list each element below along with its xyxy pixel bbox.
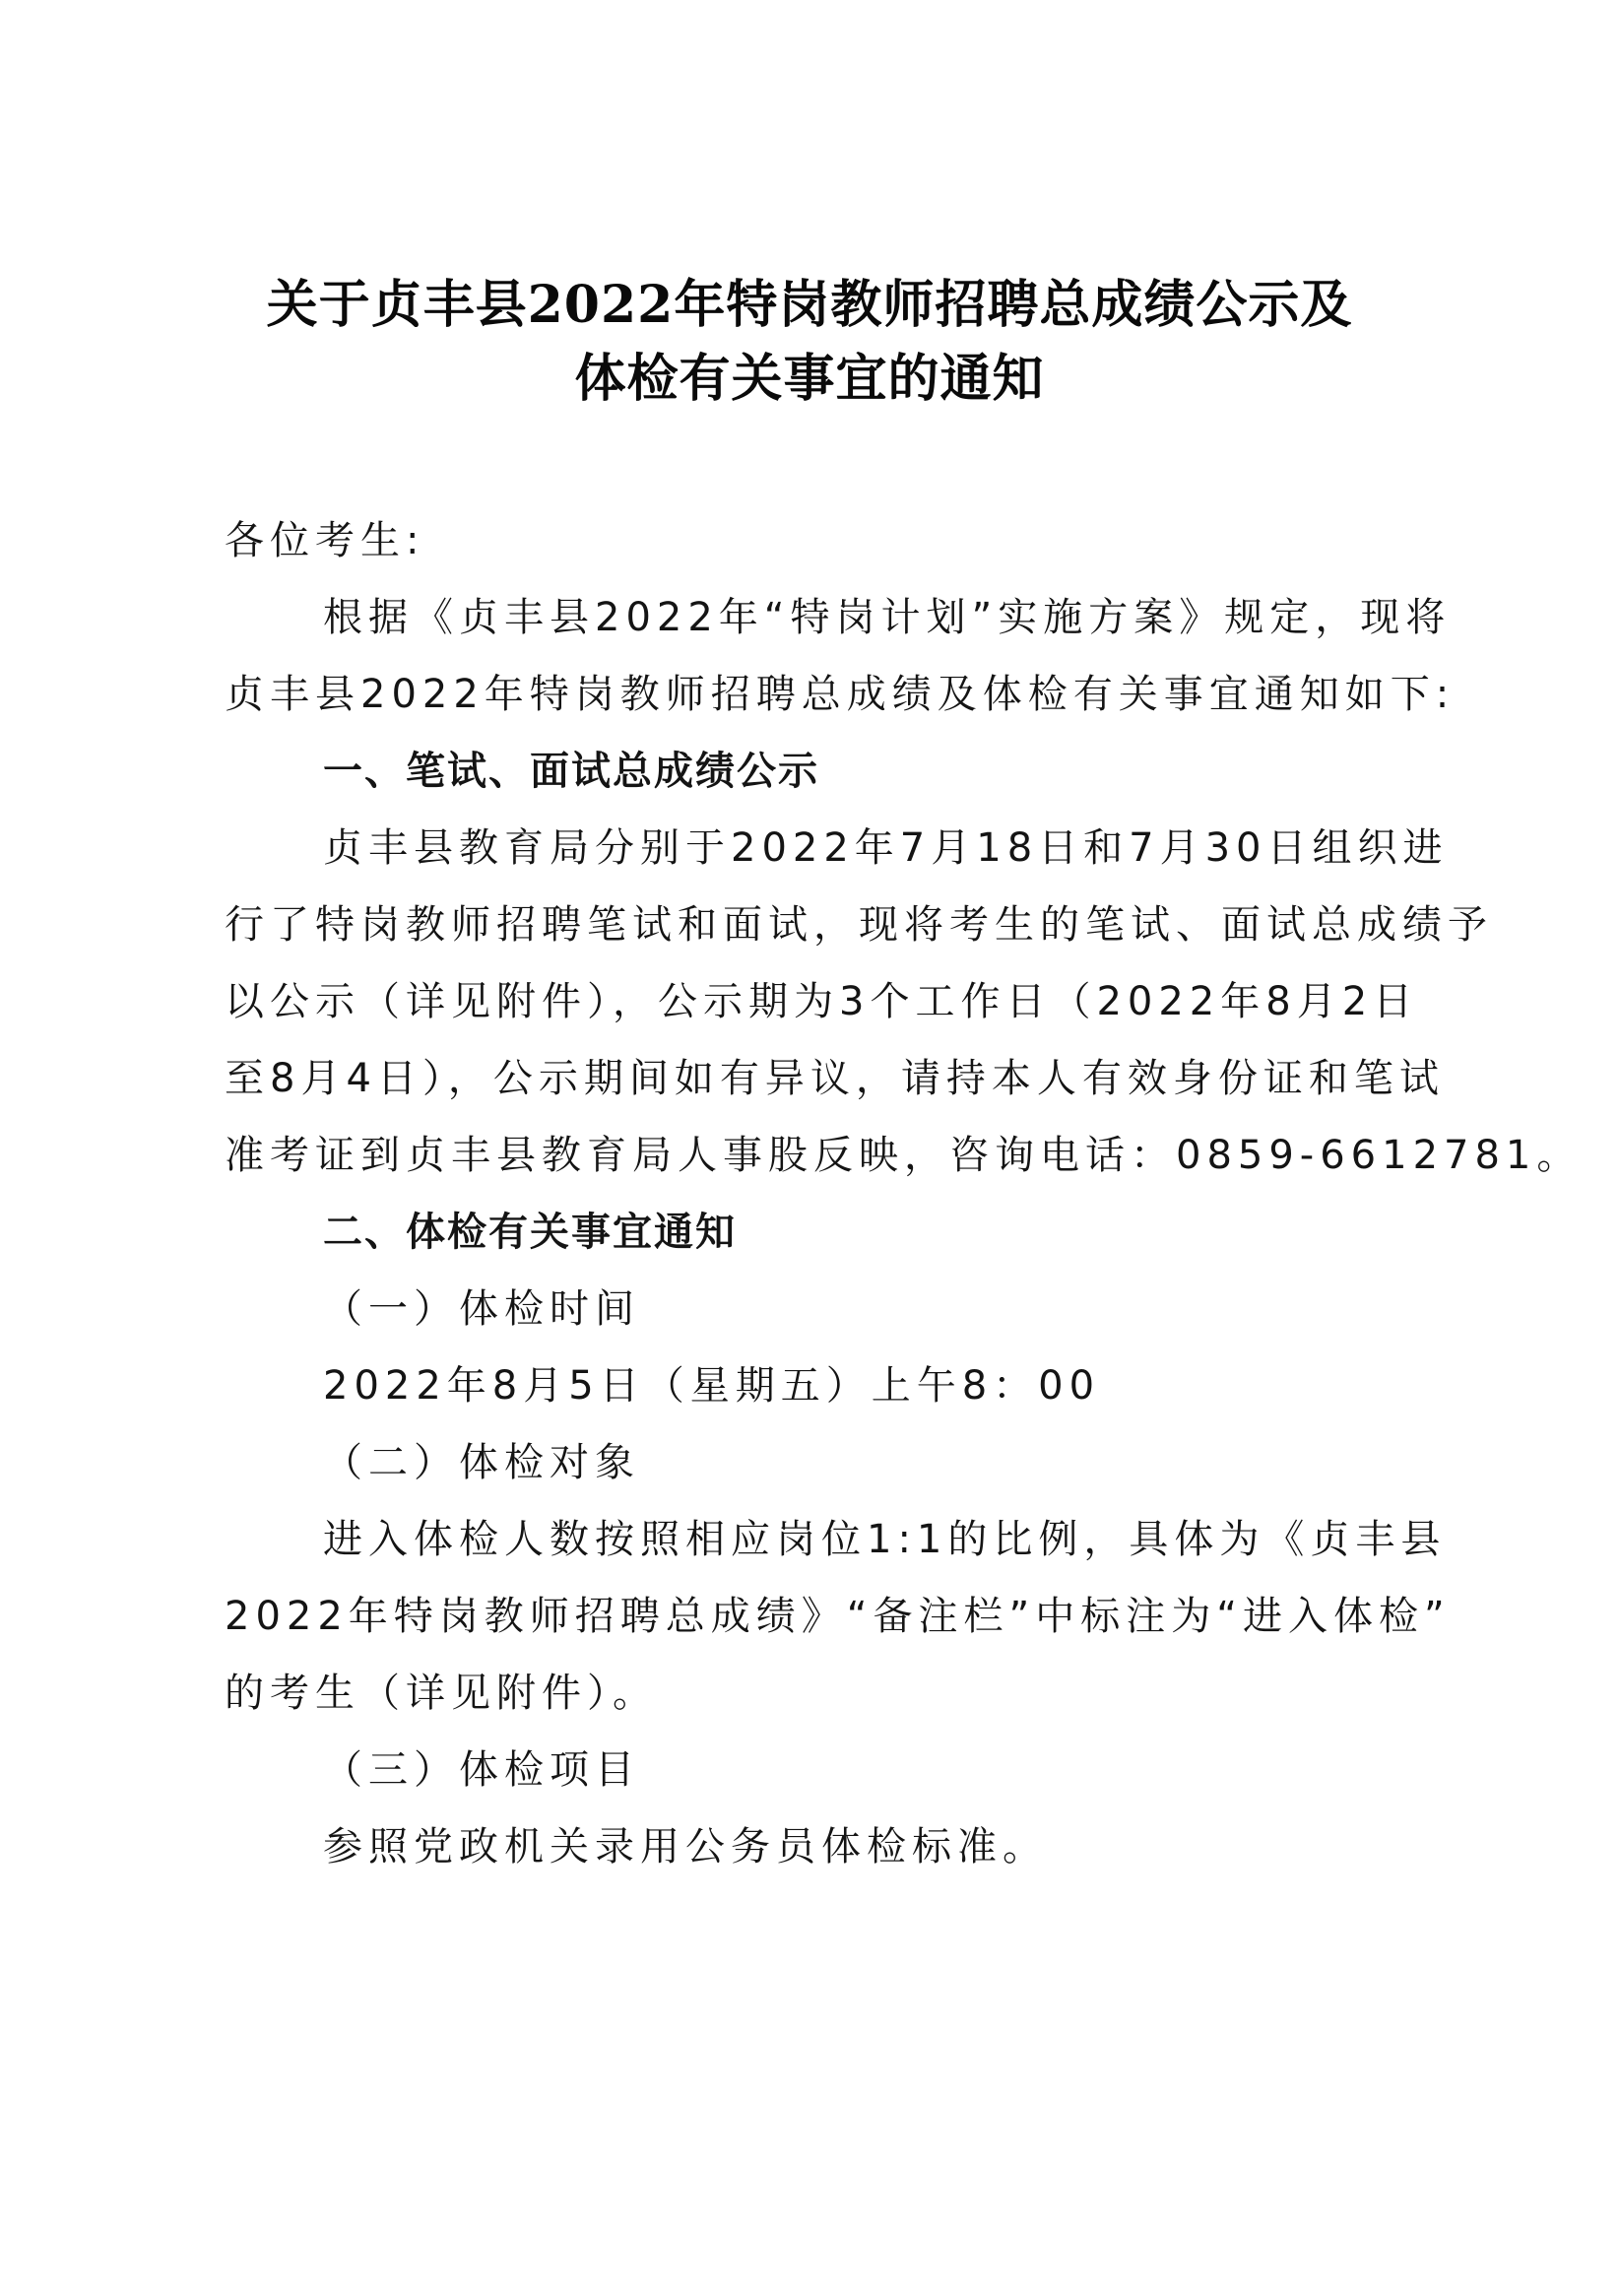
subsection-exam-targets-heading: （二）体检对象 bbox=[225, 1424, 1446, 1501]
exam-items-line: 参照党政机关录用公务员体检标准。 bbox=[225, 1808, 1446, 1885]
intro-line-1: 根据《贞丰县2022年“特岗计划”实施方案》规定，现将 bbox=[225, 579, 1446, 656]
intro-line-2: 贞丰县2022年特岗教师招聘总成绩及体检有关事宜通知如下: bbox=[225, 656, 1446, 733]
section-2-heading: 二、体检有关事宜通知 bbox=[225, 1194, 1446, 1271]
exam-targets-line: 2022年特岗教师招聘总成绩》“备注栏”中标注为“进入体检” bbox=[225, 1578, 1446, 1655]
section-1-line: 准考证到贞丰县教育局人事股反映，咨询电话：0859-6612781。 bbox=[225, 1117, 1446, 1194]
exam-time-value: 2022年8月5日（星期五）上午8：00 bbox=[225, 1347, 1446, 1424]
subsection-exam-items-heading: （三）体检项目 bbox=[225, 1732, 1446, 1808]
section-1-heading: 一、笔试、面试总成绩公示 bbox=[225, 733, 1446, 810]
section-1-line: 至8月4日），公示期间如有异议，请持本人有效身份证和笔试 bbox=[225, 1040, 1446, 1117]
document-body: 各位考生: 根据《贞丰县2022年“特岗计划”实施方案》规定，现将 贞丰县202… bbox=[225, 502, 1446, 1885]
section-1-line: 行了特岗教师招聘笔试和面试，现将考生的笔试、面试总成绩予 bbox=[225, 886, 1446, 963]
document-page: 关于贞丰县2022年特岗教师招聘总成绩公示及 体检有关事宜的通知 各位考生: 根… bbox=[0, 0, 1619, 2296]
document-title-line-2: 体检有关事宜的通知 bbox=[0, 350, 1619, 409]
subsection-exam-time-heading: （一）体检时间 bbox=[225, 1271, 1446, 1347]
exam-targets-line: 进入体检人数按照相应岗位1:1的比例，具体为《贞丰县 bbox=[225, 1501, 1446, 1578]
exam-targets-line: 的考生（详见附件）。 bbox=[225, 1655, 1446, 1732]
section-1-line: 以公示（详见附件），公示期为3个工作日（2022年8月2日 bbox=[225, 963, 1446, 1040]
salutation: 各位考生: bbox=[225, 502, 1446, 579]
document-title-line-1: 关于贞丰县2022年特岗教师招聘总成绩公示及 bbox=[0, 276, 1619, 335]
section-1-line: 贞丰县教育局分别于2022年7月18日和7月30日组织进 bbox=[225, 810, 1446, 886]
